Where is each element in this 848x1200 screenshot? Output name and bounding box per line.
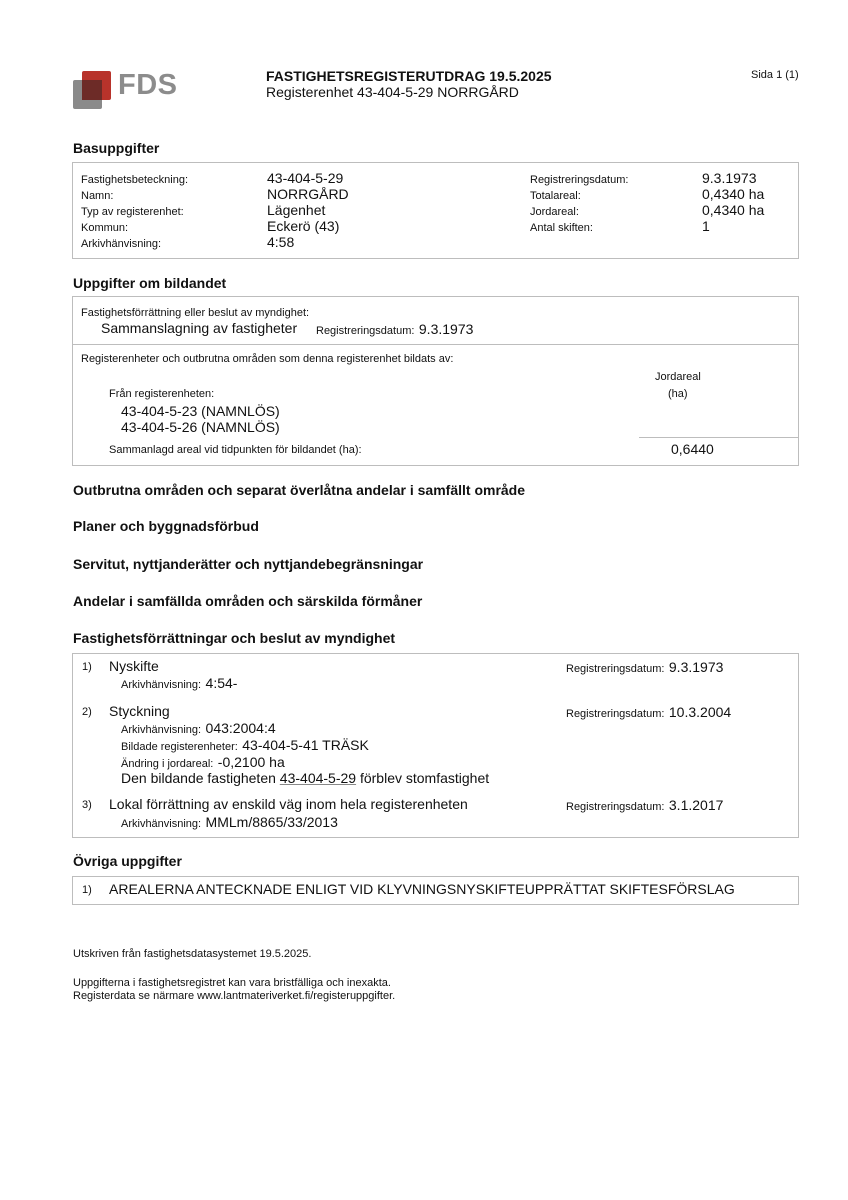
source-unit: 43-404-5-23 (NAMNLÖS) [121,403,280,419]
field-value: 9.3.1973 [702,170,757,186]
section-heading-basuppgifter: Basuppgifter [73,140,159,156]
forrattning-label: Fastighetsförrättning eller beslut av my… [81,307,309,319]
field-value: Eckerö (43) [267,218,339,234]
field-label: Jordareal: [530,206,579,222]
section-heading-servitut: Servitut, nyttjanderätter och nyttjandeb… [73,556,423,572]
bildade-registerenheter: Bildade registerenheter: 43-404-5-41 TRÄ… [121,737,369,755]
total-area-label: Sammanlagd areal vid tidpunkten för bild… [109,444,362,456]
basuppgifter-box: Fastighetsbeteckning: 43-404-5-29 Namn: … [72,162,799,259]
field-value: 0,4340 ha [702,186,764,202]
stomfastighet-note: Den bildande fastigheten 43-404-5-29 för… [121,770,489,786]
forrattning-value: Sammanslagning av fastigheter [101,320,297,336]
item-title: Styckning [109,703,170,719]
arkiv-reference: Arkivhänvisning: 043:2004:4 [121,720,276,738]
logo-square-overlap [82,80,102,100]
registration-date: Registreringsdatum: 9.3.1973 [316,321,473,339]
column-header-unit: (ha) [668,388,688,400]
column-header-jordareal: Jordareal [655,371,701,383]
field-label: Namn: [81,190,113,206]
section-heading-forrattningar: Fastighetsförrättningar och beslut av my… [73,630,395,646]
document-subtitle: Registerenhet 43-404-5-29 NORRGÅRD [266,84,519,100]
bildandet-box: Fastighetsförrättning eller beslut av my… [72,296,799,466]
reg-date-value: 3.1.2017 [669,797,724,813]
forrattningar-box: 1) Nyskifte Arkivhänvisning: 4:54- Regis… [72,653,799,838]
arkiv-label: Arkivhänvisning: [121,818,201,830]
arkiv-label: Arkivhänvisning: [121,679,201,691]
item-number: 3) [82,799,92,811]
field-label: Arkivhänvisning: [81,238,161,254]
field-label: Typ av registerenhet: [81,206,184,222]
item-title: Lokal förrättning av enskild väg inom he… [109,796,468,812]
reg-date-label: Registreringsdatum: [566,801,664,813]
field-label: Kommun: [81,222,128,238]
total-area-value: 0,6440 [671,441,714,457]
field-value: 0,4340 ha [702,202,764,218]
stom-prefix: Den bildande fastigheten [121,770,276,786]
stom-property-link[interactable]: 43-404-5-29 [280,770,356,786]
item-title: Nyskifte [109,658,159,674]
field-label: Antal skiften: [530,222,593,238]
andring-label: Ändring i jordareal: [121,758,213,770]
section-heading-planer: Planer och byggnadsförbud [73,518,259,534]
disclaimer-line-2: Registerdata se närmare www.lantmaterive… [73,990,395,1002]
item-number: 2) [82,706,92,718]
stom-suffix: förblev stomfastighet [360,770,489,786]
bildade-label: Bildade registerenheter: [121,741,238,753]
section-heading-outbrutna: Outbrutna områden och separat överlåtna … [73,482,525,498]
reg-date-label: Registreringsdatum: [566,663,664,675]
printed-note: Utskriven från fastighetsdatasystemet 19… [73,948,311,960]
ovriga-box: 1) AREALERNA ANTECKNADE ENLIGT VID KLYVN… [72,876,799,905]
source-unit: 43-404-5-26 (NAMNLÖS) [121,419,280,435]
arkiv-reference: Arkivhänvisning: 4:54- [121,675,237,693]
item-number: 1) [82,661,92,673]
disclaimer-line-1: Uppgifterna i fastighetsregistret kan va… [73,977,391,989]
registration-date: Registreringsdatum: 3.1.2017 [566,797,723,815]
arkiv-value: MMLm/8865/33/2013 [206,814,338,830]
fds-logo: FDS [72,70,182,112]
section-heading-andelar: Andelar i samfällda områden och särskild… [73,593,422,609]
arkiv-label: Arkivhänvisning: [121,724,201,736]
field-label: Fastighetsbeteckning: [81,174,188,190]
divider [73,344,798,345]
ovriga-text: AREALERNA ANTECKNADE ENLIGT VID KLYVNING… [109,881,735,897]
source-label: Registerenheter och outbrutna områden so… [81,353,453,365]
document-title: FASTIGHETSREGISTERUTDRAG 19.5.2025 [266,68,552,84]
field-value: 43-404-5-29 [267,170,343,186]
registration-date: Registreringsdatum: 9.3.1973 [566,659,723,677]
field-label: Registreringsdatum: [530,174,628,190]
reg-date-value: 9.3.1973 [419,321,474,337]
page-number: Sida 1 (1) [751,69,799,81]
arkiv-value: 4:54- [206,675,238,691]
andring-value: -0,2100 ha [218,754,285,770]
item-number: 1) [82,884,92,896]
section-heading-ovriga: Övriga uppgifter [73,853,182,869]
divider [639,437,798,438]
logo-brand-text: FDS [118,69,178,102]
field-value: 1 [702,218,710,234]
reg-date-value: 9.3.1973 [669,659,724,675]
field-value: NORRGÅRD [267,186,349,202]
bildade-value: 43-404-5-41 TRÄSK [242,737,369,753]
registration-date: Registreringsdatum: 10.3.2004 [566,704,731,722]
arkiv-value: 043:2004:4 [206,720,276,736]
reg-date-label: Registreringsdatum: [316,325,414,337]
section-heading-bildandet: Uppgifter om bildandet [73,275,226,291]
field-value: Lägenhet [267,202,325,218]
reg-date-label: Registreringsdatum: [566,708,664,720]
field-label: Totalareal: [530,190,581,206]
reg-date-value: 10.3.2004 [669,704,731,720]
arkiv-reference: Arkivhänvisning: MMLm/8865/33/2013 [121,814,338,832]
from-label: Från registerenheten: [109,388,214,400]
field-value: 4:58 [267,234,294,250]
